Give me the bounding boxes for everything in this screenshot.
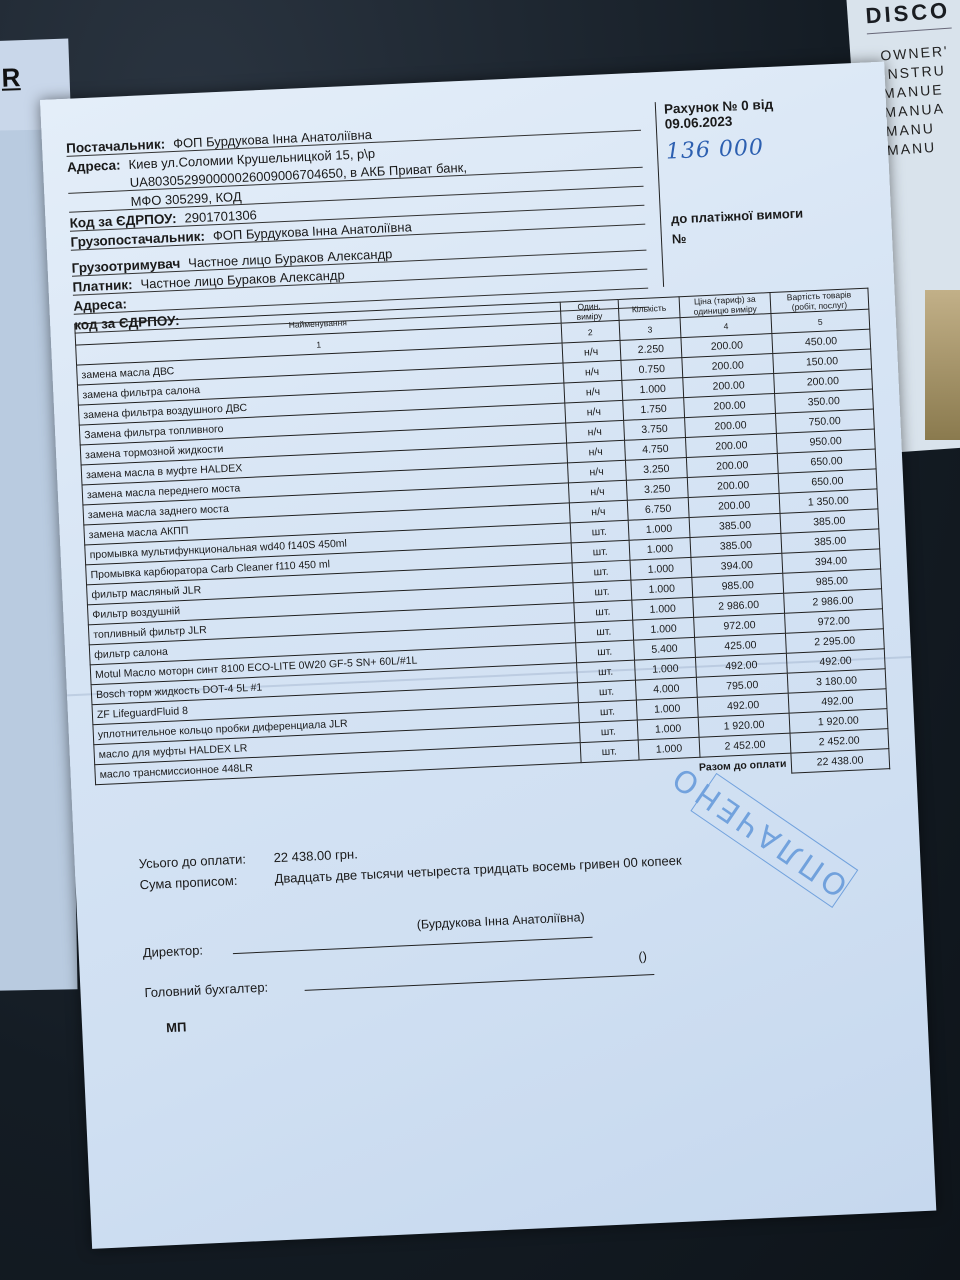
cell-unit: шт.	[572, 560, 631, 583]
accountant-signature-line	[305, 974, 655, 991]
booklet-lines: OWNER'INSTRUMANUEMANUAMANUMANU	[880, 42, 956, 160]
cell-unit: шт.	[573, 580, 632, 603]
cell-unit: шт.	[580, 740, 639, 763]
cell-qty: 1.000	[621, 378, 684, 401]
handwritten-note: 136 000	[665, 131, 866, 165]
header-qty: Кількість	[618, 297, 681, 321]
cell-unit: н/ч	[566, 440, 625, 463]
cell-unit: шт.	[579, 720, 638, 743]
cell-qty: 1.000	[630, 577, 693, 600]
director-label: Директор:	[142, 942, 203, 960]
sum-value: 22 438.00	[791, 749, 890, 773]
invoice-document: Постачальник: ФОП Бурдукова Інна Анатолі…	[66, 103, 865, 139]
cell-unit: шт.	[574, 600, 633, 623]
payer-label: Платник:	[72, 277, 133, 295]
stamp-place-label: МП	[166, 1019, 187, 1035]
header-unit: Один. виміру	[560, 300, 619, 324]
cell-qty: 1.000	[628, 517, 691, 540]
total-label: Усього до оплати:	[138, 850, 274, 871]
cell-qty: 3.250	[625, 458, 688, 481]
booklet-line: MANU	[886, 137, 956, 161]
booklet-photo	[925, 290, 960, 440]
cell-unit: н/ч	[562, 340, 621, 363]
cell-qty: 1.000	[632, 617, 695, 640]
cell-unit: шт.	[574, 620, 633, 643]
paid-stamp: ОПЛАЧЕНО	[690, 773, 858, 908]
cell-unit: шт.	[578, 700, 637, 723]
accountant-name: ()	[638, 949, 647, 963]
address-label: Адреса:	[67, 157, 121, 174]
cell-qty: 1.000	[638, 737, 701, 760]
cell-unit: шт.	[576, 660, 635, 683]
director-name: (Бурдукова Інна Анатоліївна)	[416, 910, 584, 932]
cell-qty: 0.750	[620, 358, 683, 381]
items-body: замена масла ДВСн/ч2.250200.00450.00заме…	[77, 329, 889, 785]
cell-unit: н/ч	[565, 400, 624, 423]
supplier-label: Постачальник:	[66, 136, 166, 155]
cell-unit: н/ч	[564, 380, 623, 403]
booklet-title: DISCO	[865, 0, 952, 34]
invoice-items-table: Найменування Один. виміру Кількість Ціна…	[74, 288, 890, 806]
cell-unit: н/ч	[569, 500, 628, 523]
cell-unit: шт.	[570, 520, 629, 543]
cell-qty: 4.000	[635, 677, 698, 700]
cell-unit: шт.	[575, 640, 634, 663]
total-value: 22 438.00 грн.	[273, 846, 358, 865]
cell-unit: н/ч	[563, 360, 622, 383]
cell-qty: 5.400	[633, 637, 696, 660]
cell-unit: шт.	[577, 680, 636, 703]
signatures-block: Директор: (Бурдукова Інна Анатоліївна) Г…	[142, 903, 665, 1007]
payment-request-number: №	[672, 231, 687, 247]
cell-unit: шт.	[571, 540, 630, 563]
cell-qty: 1.000	[630, 557, 693, 580]
cell-qty: 4.750	[624, 438, 687, 461]
invoice-number-block: Рахунок № 0 від 09.06.2023 136 000 до пл…	[655, 93, 872, 287]
edrpou-value: 2901701306	[184, 207, 257, 225]
cell-unit: н/ч	[567, 460, 626, 483]
payer-address-label: Адреса:	[73, 296, 127, 313]
totals-block: Усього до оплати: 22 438.00 грн. Сума пр…	[138, 832, 682, 899]
background-letter: R	[1, 62, 21, 94]
words-label: Сума прописом:	[139, 871, 275, 892]
colnum-3: 3	[619, 318, 682, 341]
cell-qty: 1.000	[636, 697, 699, 720]
payment-request-label: до платіжної вимоги	[671, 206, 804, 227]
cell-unit: н/ч	[565, 420, 624, 443]
invoice-paper: Постачальник: ФОП Бурдукова Інна Анатолі…	[40, 62, 936, 1249]
shipper-label: Грузопостачальник:	[70, 229, 205, 250]
colnum-2: 2	[561, 320, 620, 343]
cell-unit: н/ч	[568, 480, 627, 503]
cell-qty: 6.750	[627, 497, 690, 520]
accountant-label: Головний бухгалтер:	[144, 980, 268, 1001]
